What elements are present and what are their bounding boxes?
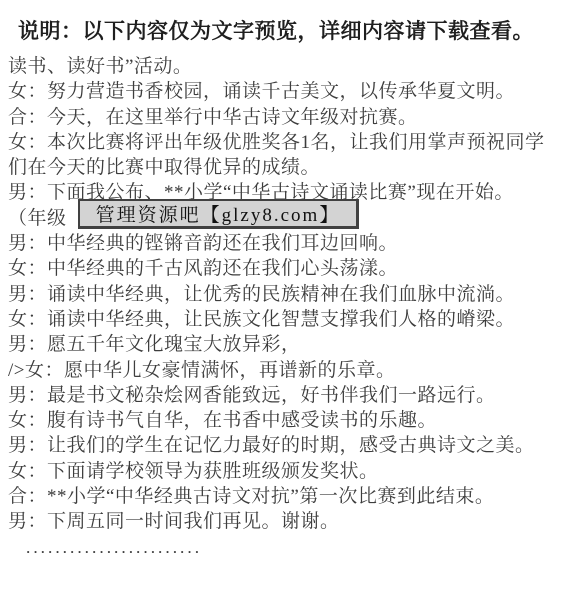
script-line: 女：诵读中华经典，让民族文化智慧支撑我们人格的嵴梁。 bbox=[8, 307, 576, 332]
script-line: 读书、读好书”活动。 bbox=[8, 54, 576, 79]
script-line: 女：腹有诗书气自华，在书香中感受读书的乐趣。 bbox=[8, 408, 576, 433]
script-line: 合：今天，在这里举行中华古诗文年级对抗赛。 bbox=[8, 105, 576, 130]
script-text: 读书、读好书”活动。 女：努力营造书香校园，诵读千古美文，以传承华夏文明。 合：… bbox=[8, 54, 576, 564]
script-line: 女：中华经典的千古风韵还在我们心头荡漾。 bbox=[8, 256, 576, 281]
script-line: 男：愿五千年文化瑰宝大放异彩， bbox=[8, 332, 576, 357]
script-line: 男：诵读中华经典，让优秀的民族精神在我们血脉中流淌。 bbox=[8, 282, 576, 307]
script-line: 男：最是书文秘杂烩网香能致远，好书伴我们一路远行。 bbox=[8, 383, 576, 408]
watermark-stamp: 管理资源吧【glzy8.com】 bbox=[78, 199, 359, 229]
script-line: 男：中华经典的铿锵音韵还在我们耳边回响。 bbox=[8, 231, 576, 256]
script-line: 男：下周五同一时间我们再见。谢谢。 bbox=[8, 509, 576, 534]
script-line: 们在今天的比赛中取得优异的成绩。 bbox=[8, 155, 576, 180]
script-line: 男：让我们的学生在记忆力最好的时期，感受古典诗文之美。 bbox=[8, 433, 576, 458]
document-page: 说明：以下内容仅为文字预览，详细内容请下载查看。 读书、读好书”活动。 女：努力… bbox=[0, 0, 578, 600]
script-line: 女：本次比赛将评出年级优胜奖各1名，让我们用掌声预祝同学 bbox=[8, 130, 576, 155]
script-line: 女：下面请学校领导为获胜班级颁发奖状。 bbox=[8, 459, 576, 484]
script-line: 女：努力营造书香校园，诵读千古美文，以传承华夏文明。 bbox=[8, 79, 576, 104]
truncation-dots: ························ bbox=[26, 539, 576, 564]
preview-notice: 说明：以下内容仅为文字预览，详细内容请下载查看。 bbox=[18, 15, 534, 45]
script-line: />女：愿中华儿女豪情满怀，再谱新的乐章。 bbox=[8, 358, 576, 383]
script-line: 合：**小学“中华经典古诗文对抗”第一次比赛到此结束。 bbox=[8, 484, 576, 509]
